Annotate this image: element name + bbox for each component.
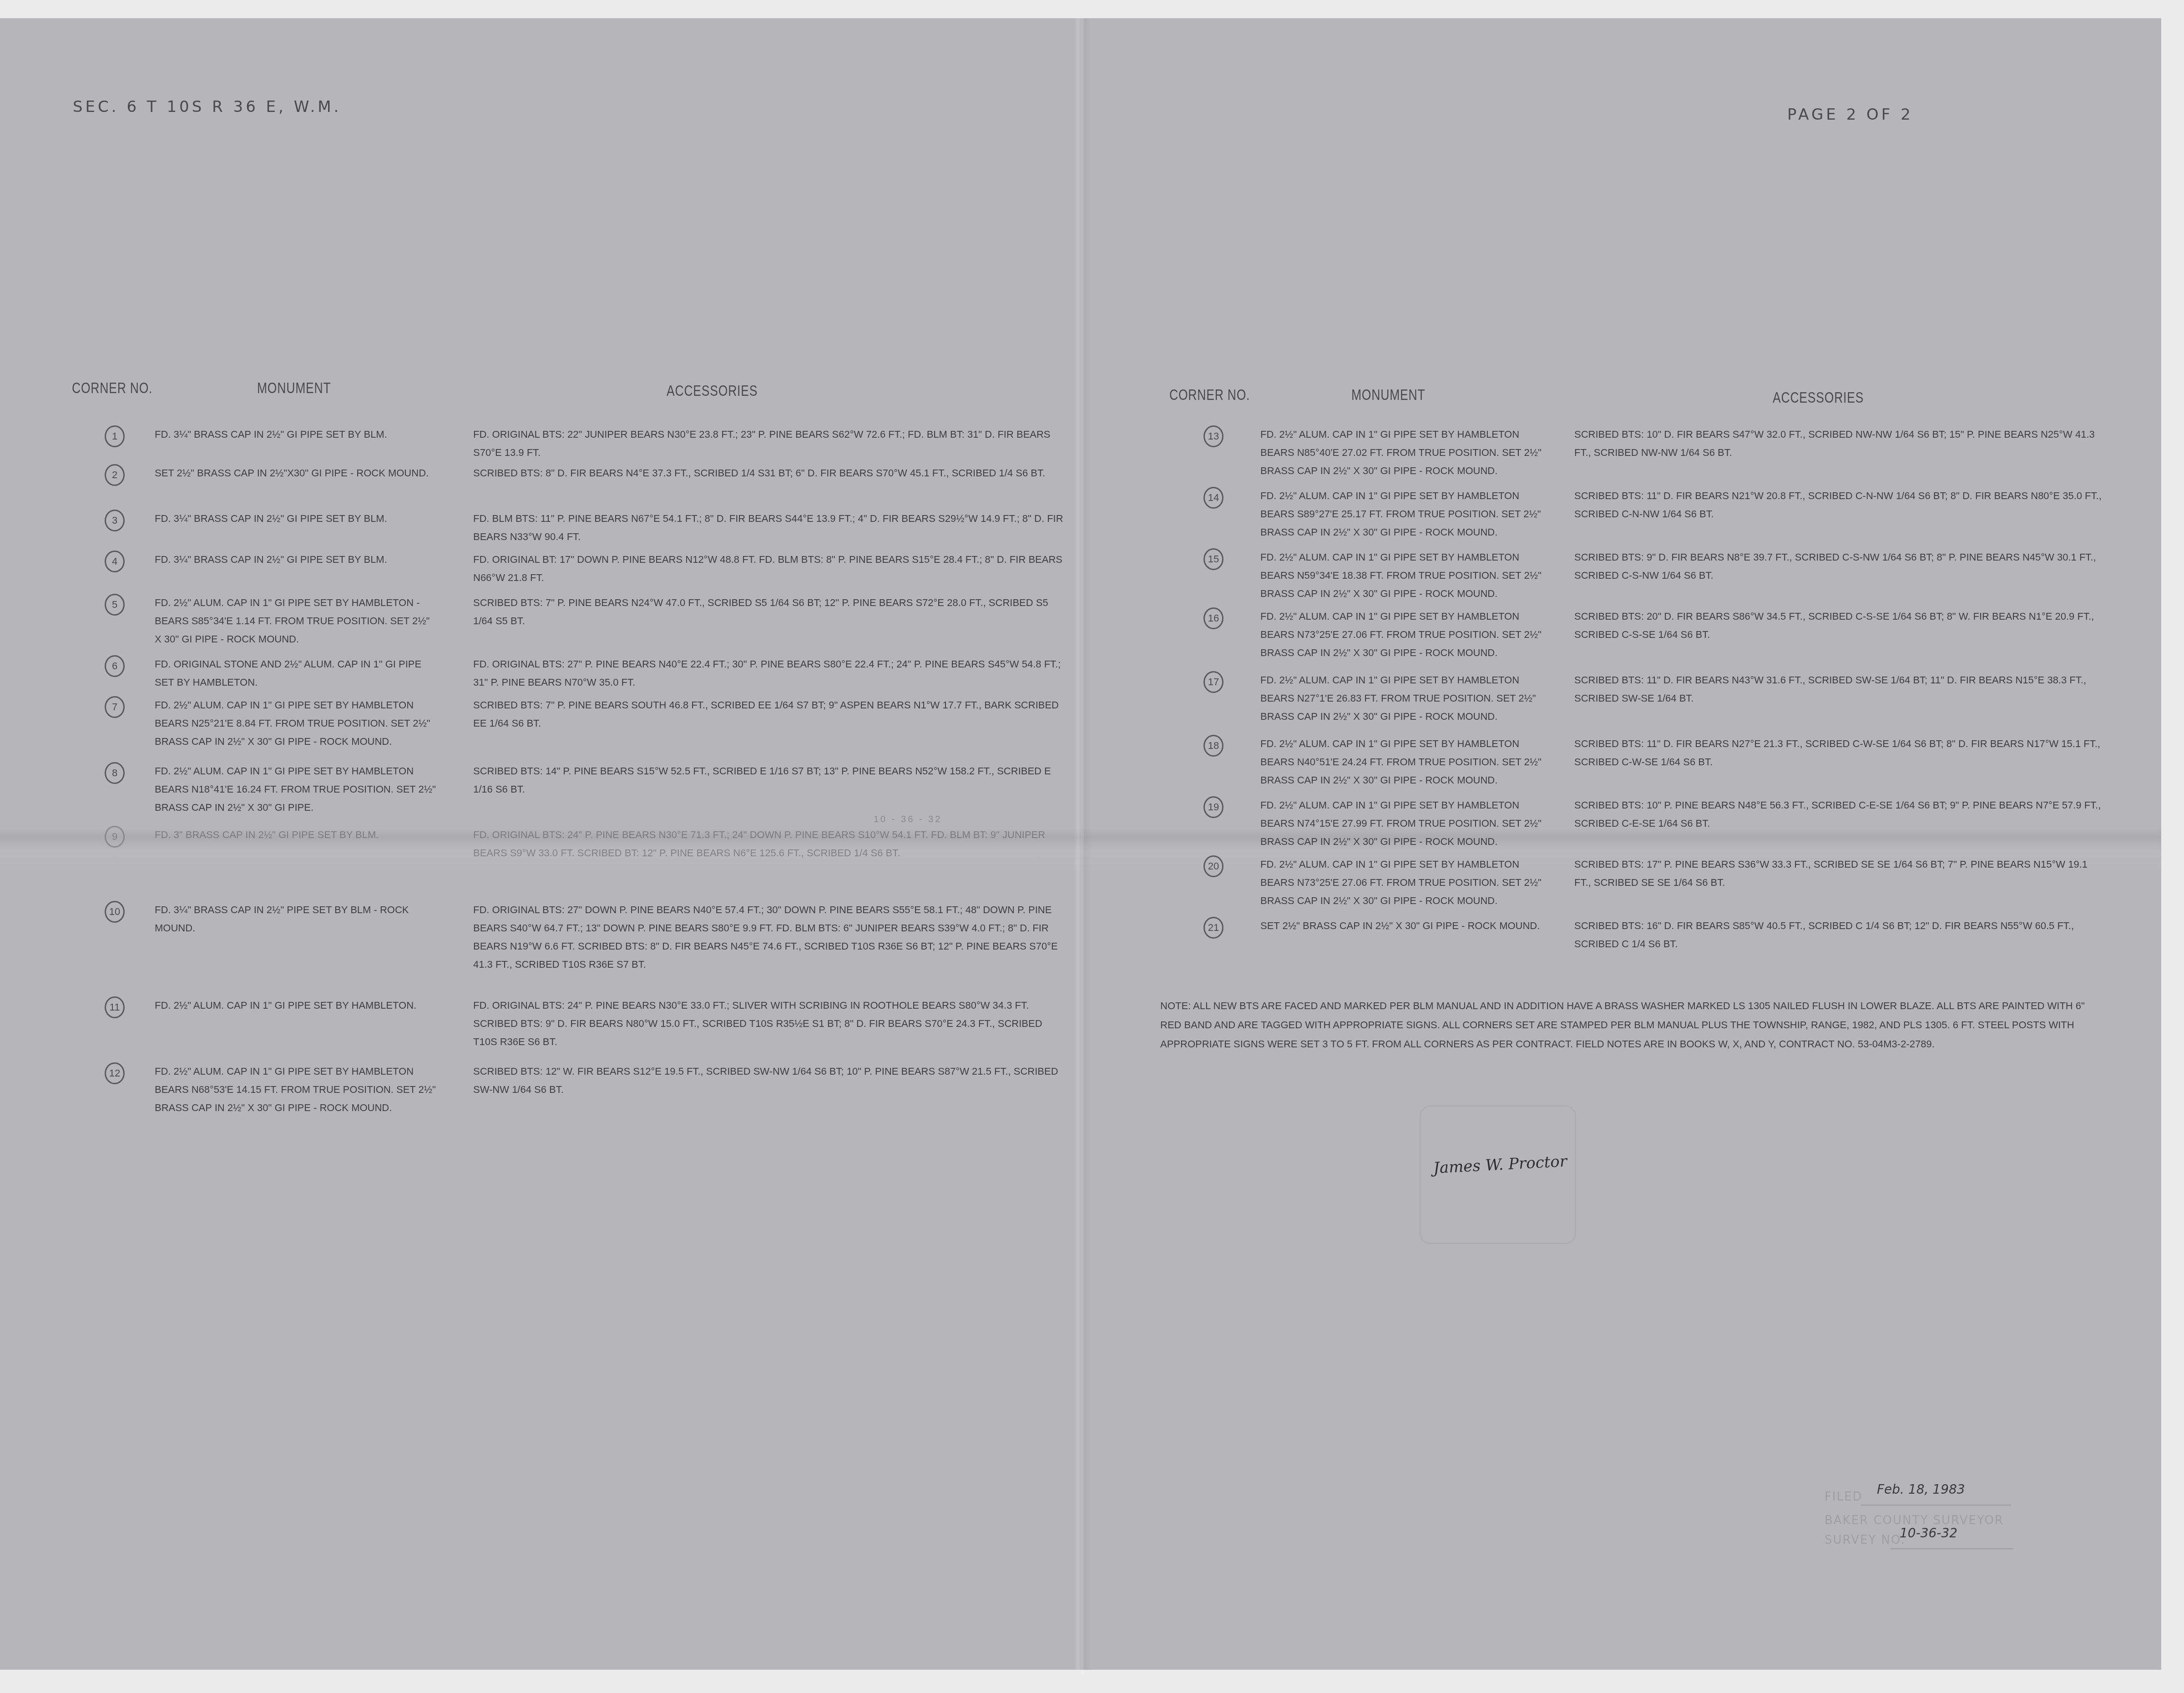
corner-accessories: FD. ORIGINAL BT: 17" DOWN P. PINE BEARS … xyxy=(473,551,1065,587)
margin-annotation: 10 - 36 - 32 xyxy=(874,814,942,825)
corner-accessories: SCRIBED BTS: 7" P. PINE BEARS SOUTH 46.8… xyxy=(473,696,1065,733)
corner-accessories: SCRIBED BTS: 17" P. PINE BEARS S36°W 33.… xyxy=(1574,855,2102,892)
corner-number-badge: 3 xyxy=(105,510,125,531)
corner-accessories: SCRIBED BTS: 9" D. FIR BEARS N8°E 39.7 F… xyxy=(1574,548,2102,585)
corner-number-badge: 12 xyxy=(105,1062,125,1084)
corner-monument: SET 2½" BRASS CAP IN 2½"X30" GI PIPE - R… xyxy=(155,464,437,482)
corner-number-badge: 13 xyxy=(1203,425,1223,447)
corner-accessories: SCRIBED BTS: 16" D. FIR BEARS S85°W 40.5… xyxy=(1574,917,2102,953)
corner-monument: FD. 3¼" BRASS CAP IN 2½" PIPE SET BY BLM… xyxy=(155,901,437,937)
corner-number-badge: 6 xyxy=(105,655,125,677)
column-header-accessories: ACCESSORIES xyxy=(1773,389,1864,407)
corner-accessories: SCRIBED BTS: 10" D. FIR BEARS S47°W 32.0… xyxy=(1574,425,2102,462)
column-header-monument: MONUMENT xyxy=(257,379,331,397)
corner-table-right: CORNER NO. MONUMENT ACCESSORIES 13FD. 2½… xyxy=(1165,384,2120,976)
corner-monument: FD. 2½" ALUM. CAP IN 1" GI PIPE SET BY H… xyxy=(1260,487,1542,541)
filed-stamp: FILED Feb. 18, 1983 BAKER COUNTY SURVEYO… xyxy=(1825,1476,2016,1545)
general-note: NOTE: ALL NEW BTS ARE FACED AND MARKED P… xyxy=(1160,996,2098,1054)
corner-number-badge: 21 xyxy=(1203,917,1223,939)
corner-monument: FD. 2½" ALUM. CAP IN 1" GI PIPE SET BY H… xyxy=(1260,735,1542,789)
corner-accessories: FD. ORIGINAL BTS: 27" DOWN P. PINE BEARS… xyxy=(473,901,1065,974)
corner-accessories: FD. BLM BTS: 11" P. PINE BEARS N67°E 54.… xyxy=(473,510,1065,546)
corner-accessories: SCRIBED BTS: 8" D. FIR BEARS N4°E 37.3 F… xyxy=(473,464,1065,482)
corner-monument: FD. 2½" ALUM. CAP IN 1" GI PIPE SET BY H… xyxy=(1260,425,1542,480)
corner-accessories: SCRIBED BTS: 20" D. FIR BEARS S86°W 34.5… xyxy=(1574,607,2102,644)
corner-monument: FD. 3¼" BRASS CAP IN 2½" GI PIPE SET BY … xyxy=(155,510,437,528)
corner-monument: FD. 2½" ALUM. CAP IN 1" GI PIPE SET BY H… xyxy=(1260,548,1542,603)
corner-monument: FD. 2½" ALUM. CAP IN 1" GI PIPE SET BY H… xyxy=(155,696,437,751)
corner-accessories: FD. ORIGINAL BTS: 24" P. PINE BEARS N30°… xyxy=(473,826,1065,862)
corner-accessories: SCRIBED BTS: 7" P. PINE BEARS N24°W 47.0… xyxy=(473,594,1065,630)
corner-monument: FD. 2½" ALUM. CAP IN 1" GI PIPE SET BY H… xyxy=(1260,671,1542,726)
corner-accessories: SCRIBED BTS: 11" D. FIR BEARS N27°E 21.3… xyxy=(1574,735,2102,771)
corner-monument: FD. 2½" ALUM. CAP IN 1" GI PIPE SET BY H… xyxy=(155,1062,437,1117)
corner-accessories: SCRIBED BTS: 12" W. FIR BEARS S12°E 19.5… xyxy=(473,1062,1065,1099)
corner-monument: FD. ORIGINAL STONE AND 2½" ALUM. CAP IN … xyxy=(155,655,437,692)
page-fold xyxy=(1081,18,1084,1674)
corner-number-badge: 11 xyxy=(105,996,125,1018)
corner-table-left: CORNER NO. MONUMENT ACCESSORIES 1FD. 3¼"… xyxy=(68,378,1069,1151)
corner-monument: FD. 2½" ALUM. CAP IN 1" GI PIPE SET BY H… xyxy=(1260,796,1542,851)
corner-number-badge: 20 xyxy=(1203,855,1223,877)
corner-number-badge: 8 xyxy=(105,762,125,784)
corner-number-badge: 18 xyxy=(1203,735,1223,757)
corner-monument: FD. 3¼" BRASS CAP IN 2½" GI PIPE SET BY … xyxy=(155,425,437,444)
survey-no-underline xyxy=(1891,1548,2013,1549)
column-header-corner-no: CORNER NO. xyxy=(1169,386,1250,404)
page-number: PAGE 2 OF 2 xyxy=(1787,106,1913,124)
survey-number: 10-36-32 xyxy=(1900,1526,1957,1541)
corner-monument: FD. 3" BRASS CAP IN 2½" GI PIPE SET BY B… xyxy=(155,826,437,844)
corner-number-badge: 9 xyxy=(105,826,125,848)
corner-number-badge: 19 xyxy=(1203,796,1223,818)
corner-number-badge: 16 xyxy=(1203,607,1223,629)
corner-number-badge: 17 xyxy=(1203,671,1223,693)
section-title: SEC. 6 T 10S R 36 E, W.M. xyxy=(73,98,341,116)
corner-number-badge: 10 xyxy=(105,901,125,923)
corner-number-badge: 4 xyxy=(105,551,125,572)
corner-number-badge: 14 xyxy=(1203,487,1223,509)
filed-underline xyxy=(1861,1505,2011,1506)
corner-number-badge: 15 xyxy=(1203,548,1223,570)
corner-number-badge: 5 xyxy=(105,594,125,616)
corner-monument: FD. 2½" ALUM. CAP IN 1" GI PIPE SET BY H… xyxy=(1260,607,1542,662)
survey-no-label: SURVEY NO. xyxy=(1825,1533,1906,1547)
corner-number-badge: 7 xyxy=(105,696,125,718)
corner-monument: FD. 2½" ALUM. CAP IN 1" GI PIPE SET BY H… xyxy=(1260,855,1542,910)
corner-accessories: FD. ORIGINAL BTS: 22" JUNIPER BEARS N30°… xyxy=(473,425,1065,462)
filed-label: FILED xyxy=(1825,1490,1863,1504)
corner-accessories: SCRIBED BTS: 14" P. PINE BEARS S15°W 52.… xyxy=(473,762,1065,798)
column-header-corner-no: CORNER NO. xyxy=(72,379,152,397)
corner-accessories: FD. ORIGINAL BTS: 27" P. PINE BEARS N40°… xyxy=(473,655,1065,692)
corner-monument: FD. 3¼" BRASS CAP IN 2½" GI PIPE SET BY … xyxy=(155,551,437,569)
corner-number-badge: 2 xyxy=(105,464,125,486)
filed-date: Feb. 18, 1983 xyxy=(1877,1482,1965,1497)
corner-accessories: SCRIBED BTS: 11" D. FIR BEARS N21°W 20.8… xyxy=(1574,487,2102,523)
corner-monument: FD. 2½" ALUM. CAP IN 1" GI PIPE SET BY H… xyxy=(155,996,437,1015)
corner-accessories: SCRIBED BTS: 10" P. PINE BEARS N48°E 56.… xyxy=(1574,796,2102,833)
column-header-monument: MONUMENT xyxy=(1351,386,1425,404)
corner-monument: SET 2½" BRASS CAP IN 2½" X 30" GI PIPE -… xyxy=(1260,917,1542,935)
corner-accessories: FD. ORIGINAL BTS: 24" P. PINE BEARS N30°… xyxy=(473,996,1065,1051)
column-header-accessories: ACCESSORIES xyxy=(667,382,758,400)
corner-number-badge: 1 xyxy=(105,425,125,447)
corner-monument: FD. 2½" ALUM. CAP IN 1" GI PIPE SET BY H… xyxy=(155,762,437,817)
corner-monument: FD. 2½" ALUM. CAP IN 1" GI PIPE SET BY H… xyxy=(155,594,437,648)
corner-accessories: SCRIBED BTS: 11" D. FIR BEARS N43°W 31.6… xyxy=(1574,671,2102,708)
